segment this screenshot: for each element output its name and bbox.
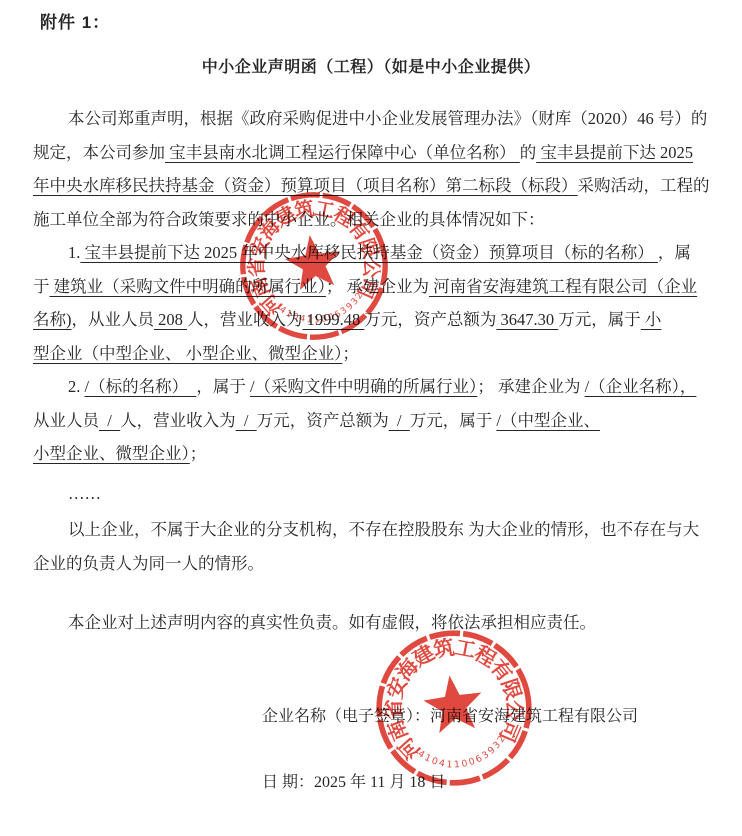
document-line: 本企业对上述声明内容的真实性负责。如有虚假，将依法承担相应责任。 <box>33 606 715 640</box>
filled-blank: 3647.30 <box>496 310 558 329</box>
signature-date-label: 日 期： <box>262 774 314 791</box>
text-segment: 人，营业收入为 <box>120 411 236 430</box>
text-segment: 本公司郑重声明，根据《政府采购促进中小企业发展管理办法》（财库（2020）46 … <box>68 109 707 128</box>
document-line: 企业的负责人为同一人的情形。 <box>33 547 715 581</box>
text-segment: 以上企业，不属于大企业的分支机构，不存在控股股东 为大企业的情形，也不存在与大 <box>68 520 699 539</box>
filled-blank: 小型企业、微型企业） <box>33 444 190 463</box>
document-line: 小型企业、微型企业）； <box>33 437 715 471</box>
company-seal-stamp-middle: 河南省安海建筑工程有限公司 4104110063932 <box>226 178 402 354</box>
company-seal-stamp-signature: 河南省安海建筑工程有限公司 4104110063932 <box>361 615 546 800</box>
text-segment: 规定，本公司参加 <box>33 143 165 162</box>
document-line: 规定，本公司参加 宝丰县南水北调工程运行保障中心（单位名称） 的 宝丰县提前下达… <box>33 136 715 170</box>
filled-blank: /（中型企业、 <box>496 411 600 430</box>
seal-star-icon <box>282 231 344 291</box>
text-segment: ； <box>190 444 207 463</box>
ellipsis-line: …… <box>33 477 715 511</box>
seal-star-icon <box>420 671 486 734</box>
text-segment: ，从业人员 <box>72 310 155 329</box>
company-seal-icon: 河南省安海建筑工程有限公司 4104110063932 <box>226 178 402 354</box>
text-segment: …… <box>68 484 101 503</box>
document-line: 本公司郑重声明，根据《政府采购促进中小企业发展管理办法》（财库（2020）46 … <box>33 102 715 136</box>
text-segment: 采购活动，工程的 <box>578 176 710 195</box>
attachment-label: 附件 1： <box>40 8 110 33</box>
text-segment: 2. <box>68 377 85 396</box>
filled-blank: 宝丰县南水北调工程运行保障中心（单位名称） <box>165 143 520 162</box>
text-segment: 的 <box>520 143 537 162</box>
text-segment: ； 承建企业为 <box>477 377 584 396</box>
page-title: 中小企业声明函（工程）（如是中小企业提供） <box>0 54 742 77</box>
text-segment: 万元，属于 <box>558 310 641 329</box>
filled-blank: /（采购文件中明确的所属行业） <box>250 377 477 396</box>
text-segment: ； <box>342 344 359 363</box>
document-line: 型企业（中型企业、 小型企业、微型企业）； <box>33 337 715 371</box>
text-segment: 从业人员 <box>33 411 99 430</box>
company-seal-icon: 河南省安海建筑工程有限公司 4104110063932 <box>361 615 546 800</box>
filled-blank: / <box>99 411 120 430</box>
filled-blank: 河南省安海建筑工程有限公司（企业 <box>429 277 697 296</box>
liability-paragraph: 本企业对上述声明内容的真实性负责。如有虚假，将依法承担相应责任。 <box>33 606 715 640</box>
document-line: 从业人员 / 人，营业收入为 / 万元，资产总额为 / 万元，属于 /（中型企业… <box>33 404 715 438</box>
filled-blank: / <box>236 411 257 430</box>
filled-blank: 小 <box>641 310 662 329</box>
filled-blank: 名称) <box>33 310 72 329</box>
document-page: 附件 1： 中小企业声明函（工程）（如是中小企业提供） 本公司郑重声明，根据《政… <box>0 0 742 836</box>
filled-blank: 208 <box>154 310 187 329</box>
document-line: 以上企业，不属于大企业的分支机构，不存在控股股东 为大企业的情形，也不存在与大 <box>33 513 715 547</box>
text-segment: ，属 <box>658 243 691 262</box>
text-segment: 万元，属于 <box>410 411 497 430</box>
filled-blank: / <box>389 411 410 430</box>
document-line: …… <box>33 477 715 511</box>
text-segment: 企业的负责人为同一人的情形。 <box>33 554 264 573</box>
text-segment: 1. <box>68 243 80 262</box>
filled-blank: /（标的名称） <box>85 377 197 396</box>
filled-blank: /（企业名称）， <box>585 377 697 396</box>
text-segment: ，属于 <box>196 377 250 396</box>
filled-blank: 宝丰县提前下达 2025 <box>536 143 693 162</box>
text-segment: 于 <box>33 277 50 296</box>
document-line: 2. /（标的名称） ，属于 /（采购文件中明确的所属行业）； 承建企业为 /（… <box>33 370 715 404</box>
closing-paragraph: 以上企业，不属于大企业的分支机构，不存在控股股东 为大企业的情形，也不存在与大企… <box>33 513 715 580</box>
text-segment: 万元，资产总额为 <box>257 411 389 430</box>
